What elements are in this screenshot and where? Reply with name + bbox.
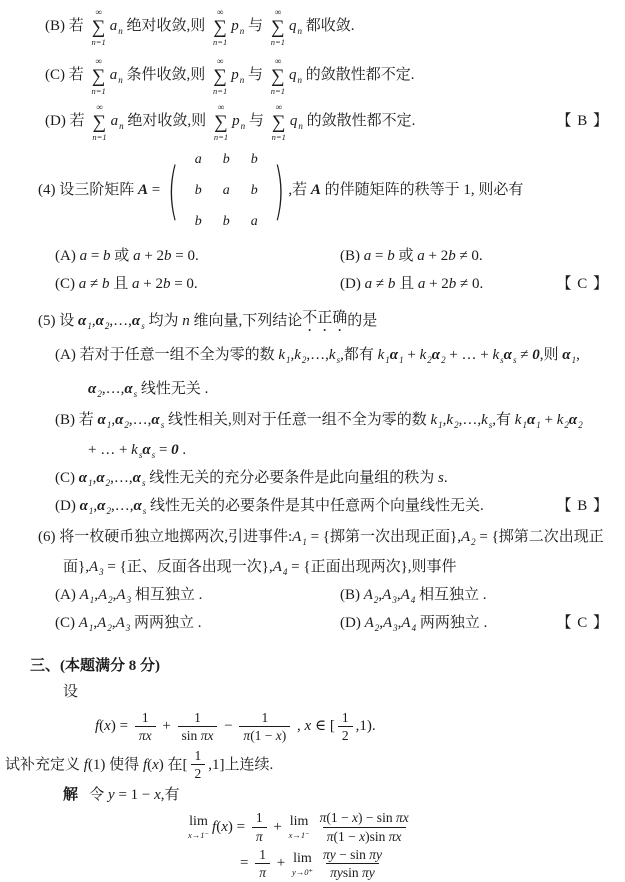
text-run: 线性无关 .: [137, 379, 208, 401]
variable-subscript: 1: [302, 536, 307, 549]
text-run: = 0.: [170, 274, 197, 296]
variable-base: A: [292, 527, 301, 549]
bold-text: 三、(本题满分 8 分): [30, 656, 160, 678]
variable-base: a: [111, 111, 119, 133]
math-variable: b: [388, 274, 396, 296]
variable-subscript: 1: [438, 419, 443, 432]
math-variable: πy: [330, 865, 343, 880]
variable-base: q: [289, 65, 297, 87]
summation-lower-limit: n=1: [271, 87, 285, 96]
variable-subscript: n: [118, 74, 123, 87]
limit-word: lim: [293, 852, 312, 866]
page-content: (B) 若 ∞∑n=1an 绝对收敛,则 ∞∑n=1pn 与 ∞∑n=1qn 都…: [0, 8, 625, 881]
limit-subscript: x→1⁻: [188, 831, 209, 840]
variable-base: A: [383, 613, 392, 635]
variable-subscript: n: [119, 120, 124, 133]
text-run: (B) 若: [45, 16, 88, 38]
text-run: ): [282, 728, 287, 743]
option-c-series: (C) 若 ∞∑n=1an 条件收敛,则 ∞∑n=1pn 与 ∞∑n=1qn 的…: [45, 57, 625, 96]
subscripted-variable: A1: [80, 585, 95, 607]
text-run: 与: [244, 65, 267, 87]
variable-base: a: [110, 65, 118, 87]
subscripted-variable: A4: [273, 557, 288, 579]
variable-base: p: [231, 16, 239, 38]
answer-box: 【 C 】: [556, 274, 609, 296]
variable-subscript: s: [513, 354, 517, 367]
text-run: − sin: [336, 847, 370, 862]
limit-word: lim: [290, 815, 309, 829]
option-group: (C) A1,A2,A3 两两独立 .: [55, 613, 340, 635]
fraction-numerator: 1: [338, 710, 353, 726]
variable-base: α: [98, 410, 106, 432]
text-run: ,…,: [306, 345, 329, 367]
text-run: (C): [55, 613, 79, 635]
subscripted-variable: A3: [116, 613, 131, 635]
variable-base: α: [80, 496, 88, 518]
text-run: 的伴随矩阵的秩等于 1, 则必有: [321, 180, 524, 202]
fraction-numerator: π(1 − x) − sin πx: [316, 810, 413, 826]
text-run: 且: [109, 274, 132, 296]
matrix-close-paren: ): [274, 162, 285, 221]
variable-subscript: 4: [411, 594, 416, 607]
question-6-stem-cont: 面},A3 = {正、反面各出现一次},A4 = {正面出现两次},则事件: [63, 557, 625, 579]
variable-subscript: 1: [87, 320, 92, 333]
subscripted-variable: α2: [97, 496, 111, 518]
text-run: (B) 若: [55, 410, 98, 432]
subscripted-variable: ks: [492, 345, 503, 367]
variable-subscript: n: [240, 25, 245, 38]
fraction-denominator: π(1 − x): [239, 726, 290, 744]
variable-subscript: n: [118, 25, 123, 38]
summation-upper-limit: ∞: [95, 8, 101, 17]
question-6-stem: (6) 将一枚硬币独立地掷两次,引进事件:A1 = {掷第一次出现正面},A2 …: [38, 527, 625, 549]
text-run: (1 −: [326, 810, 352, 825]
summation-symbol: ∞∑n=1: [272, 103, 286, 142]
sigma-icon: ∑: [214, 113, 228, 132]
subscripted-variable: qn: [290, 111, 303, 133]
variable-base: α: [562, 345, 570, 367]
text-run: +: [159, 716, 175, 738]
fraction-numerator: 1: [191, 748, 206, 764]
subscripted-variable: αs: [133, 496, 146, 518]
option-group: (D) a ≠ b 且 a + 2b ≠ 0.: [340, 274, 483, 296]
sigma-icon: ∑: [213, 67, 227, 86]
text-run: 都收敛.: [302, 16, 355, 38]
subscripted-variable: pn: [231, 65, 244, 87]
question-4-options-row-1: (A) a = b 或 a + 2b = 0.(B) a = b 或 a + 2…: [55, 246, 625, 268]
text-run: (D) 若: [45, 111, 88, 133]
fraction-denominator: π: [255, 863, 270, 881]
variable-base: p: [231, 65, 239, 87]
variable-subscript: s: [337, 354, 341, 367]
math-variable: πy: [362, 865, 375, 880]
variable-subscript: 2: [97, 388, 102, 401]
variable-subscript: n: [298, 25, 303, 38]
text-run: ,则: [540, 345, 563, 367]
subscripted-variable: αs: [151, 410, 164, 432]
limit-subscript: x→1⁻: [289, 831, 310, 840]
text-run: 均为: [145, 311, 183, 333]
text-run: (C): [55, 468, 79, 490]
fraction-denominator: 2: [191, 764, 206, 782]
variable-base: α: [78, 311, 86, 333]
variable-subscript: 2: [441, 354, 446, 367]
variable-base: k: [492, 345, 499, 367]
text-run: ) − sin: [358, 810, 396, 825]
variable-subscript: 1: [536, 419, 541, 432]
summation-lower-limit: n=1: [272, 133, 286, 142]
subscripted-variable: α1: [390, 345, 404, 367]
subscripted-variable: α1: [562, 345, 576, 367]
text-run: ∈ [: [311, 716, 335, 738]
variable-subscript: 4: [412, 622, 417, 635]
variable-base: α: [132, 311, 140, 333]
subscripted-variable: qn: [289, 16, 302, 38]
matrix-entry: a: [223, 181, 230, 201]
text-run: 且: [395, 274, 418, 296]
variable-subscript: s: [142, 477, 146, 490]
math-variable: b: [449, 274, 457, 296]
subscripted-variable: k1: [430, 410, 442, 432]
sigma-icon: ∑: [213, 18, 227, 37]
variable-base: A: [365, 613, 374, 635]
variable-base: a: [110, 16, 118, 38]
variable-subscript: 3: [99, 566, 104, 579]
text-run: + 2: [425, 246, 448, 268]
text-run: 绝对收敛,则: [123, 16, 209, 38]
math-variable: a: [79, 274, 87, 296]
variable-base: k: [131, 440, 138, 462]
variable-base: k: [557, 410, 564, 432]
fraction: 12: [191, 748, 206, 782]
matrix: (abbbabbba): [168, 148, 284, 235]
subscripted-variable: A3: [383, 613, 398, 635]
subscripted-variable: α2: [88, 379, 102, 401]
variable-subscript: 1: [522, 419, 527, 432]
text-run: 1: [261, 710, 268, 725]
subscripted-variable: k1: [278, 345, 290, 367]
math-variable: πy: [323, 847, 336, 862]
variable-base: α: [432, 345, 440, 367]
variable-base: A: [80, 585, 89, 607]
text-run: ) =: [111, 716, 132, 738]
summation-lower-limit: n=1: [214, 133, 228, 142]
variable-subscript: s: [161, 419, 165, 432]
math-variable: b: [164, 246, 172, 268]
variable-base: k: [430, 410, 437, 432]
text-run: 线性无关的充分必要条件是此向量组的秩为: [145, 468, 438, 490]
variable-base: k: [420, 345, 427, 367]
subscripted-variable: α1: [80, 496, 94, 518]
summation-symbol: ∞∑n=1: [271, 8, 285, 47]
section-3-heading: 三、(本题满分 8 分): [30, 656, 625, 678]
summation-symbol: ∞∑n=1: [92, 103, 106, 142]
subscripted-variable: α2: [569, 410, 583, 432]
text-run: [: [183, 755, 188, 777]
fraction-numerator: 1: [255, 847, 270, 863]
question-5-option-a-cont: α2,…,αs 线性无关 .: [88, 379, 625, 401]
variable-base: α: [124, 379, 132, 401]
text-run: 1: [342, 710, 349, 725]
subscripted-variable: A3: [89, 557, 104, 579]
limit-subscript: y→0⁺: [292, 868, 313, 877]
subscripted-variable: pn: [231, 16, 244, 38]
variable-base: α: [133, 468, 141, 490]
text-run: ,1]: [208, 755, 224, 777]
math-variable: x: [152, 755, 159, 777]
text-run: + 2: [140, 274, 163, 296]
subscripted-variable: A2: [98, 585, 113, 607]
math-variable: b: [163, 274, 171, 296]
option-group: (A) a = b 或 a + 2b = 0.: [55, 246, 340, 268]
variable-subscript: 1: [89, 622, 94, 635]
subscripted-variable: A2: [365, 613, 380, 635]
math-variable: x: [154, 785, 161, 807]
sigma-icon: ∑: [271, 18, 285, 37]
summation-upper-limit: ∞: [275, 57, 281, 66]
text-run: + … +: [88, 440, 131, 462]
limit-operator: limx→1⁻: [289, 815, 310, 840]
text-run: + 2: [141, 246, 164, 268]
variable-base: α: [96, 468, 104, 490]
math-variable: π: [259, 865, 266, 880]
variable-subscript: 1: [385, 354, 390, 367]
text-run: ) 在: [159, 755, 183, 777]
variable-base: k: [481, 410, 488, 432]
option-group: (A) A1,A2,A3 相互独立 .: [55, 585, 340, 607]
text-run: (A) 若对于任意一组不全为零的数: [55, 345, 278, 367]
text-run: 上连续.: [225, 755, 274, 777]
text-run: ,…,: [129, 410, 152, 432]
subscripted-variable: ks: [329, 345, 340, 367]
variable-subscript: s: [134, 388, 138, 401]
text-run: (1 −: [250, 728, 276, 743]
fraction-numerator: 1: [138, 710, 153, 726]
option-group: (B) a = b 或 a + 2b ≠ 0.: [340, 246, 483, 268]
math-variable: a: [364, 246, 372, 268]
question-6-options-row-2: (C) A1,A2,A3 两两独立 .(D) A2,A3,A4 两两独立 .【 …: [55, 613, 625, 635]
math-variable: π: [256, 829, 263, 844]
variable-base: A: [461, 527, 470, 549]
math-variable: π: [327, 829, 334, 844]
text-run: (D): [340, 274, 365, 296]
subscripted-variable: k2: [446, 410, 458, 432]
text-run: 的敛散性都不定.: [302, 65, 415, 87]
document-page: (B) 若 ∞∑n=1an 绝对收敛,则 ∞∑n=1pn 与 ∞∑n=1qn 都…: [0, 0, 625, 882]
subscripted-variable: an: [111, 111, 124, 133]
subscripted-variable: A4: [401, 585, 416, 607]
section-3-task: 试补充定义 f(1) 使得 f(x) 在[12,1]上连续.: [5, 748, 625, 782]
subscripted-variable: α1: [79, 468, 93, 490]
question-5-option-a: (A) 若对于任意一组不全为零的数 k1,k2,…,ks,都有 k1α1 + k…: [55, 345, 625, 367]
summation-upper-limit: ∞: [275, 8, 281, 17]
text-run: 与: [244, 16, 267, 38]
fraction-numerator: 1: [252, 810, 267, 826]
variable-base: k: [515, 410, 522, 432]
text-run: =: [148, 180, 164, 202]
variable-base: k: [278, 345, 285, 367]
text-run: =: [155, 440, 171, 462]
text-run: +: [270, 817, 286, 839]
fraction-denominator: πysin πy: [326, 863, 379, 881]
limit-operator: limy→0⁺: [292, 852, 313, 877]
subscripted-variable: αs: [132, 311, 145, 333]
variable-subscript: 2: [471, 536, 476, 549]
answer-box: 【 C 】: [556, 613, 609, 635]
subscripted-variable: k2: [420, 345, 432, 367]
bold-text: 解: [63, 785, 78, 807]
question-5-option-c: (C) α1,α2,…,αs 线性无关的充分必要条件是此向量组的秩为 s.: [55, 468, 625, 490]
variable-base: α: [79, 468, 87, 490]
variable-base: α: [142, 440, 150, 462]
math-variable: a: [418, 274, 426, 296]
variable-subscript: 1: [90, 594, 95, 607]
variable-base: A: [401, 613, 410, 635]
summation-symbol: ∞∑n=1: [271, 57, 285, 96]
text-run: 相互独立 .: [131, 585, 202, 607]
math-bold-variable: 0: [532, 345, 540, 367]
option-b-series: (B) 若 ∞∑n=1an 绝对收敛,则 ∞∑n=1pn 与 ∞∑n=1qn 都…: [45, 8, 625, 47]
subscripted-variable: A4: [401, 613, 416, 635]
solution-limit-step-2: = 1π + limy→0⁺πy − sin πyπysin πy: [240, 847, 625, 881]
text-run: −: [220, 716, 236, 738]
summation-symbol: ∞∑n=1: [92, 57, 106, 96]
subscripted-variable: k2: [557, 410, 569, 432]
sigma-icon: ∑: [271, 67, 285, 86]
subscripted-variable: k1: [515, 410, 527, 432]
subscripted-variable: k1: [378, 345, 390, 367]
fraction: 12: [338, 710, 353, 744]
variable-subscript: 2: [578, 419, 583, 432]
text-run: ,有: [492, 410, 515, 432]
text-run: + … +: [446, 345, 493, 367]
variable-base: p: [232, 111, 240, 133]
variable-base: A: [116, 585, 125, 607]
variable-base: α: [151, 410, 159, 432]
text-run: =: [371, 246, 387, 268]
subscripted-variable: α1: [527, 410, 541, 432]
variable-subscript: 2: [454, 419, 459, 432]
fraction: 1π(1 − x): [239, 710, 290, 744]
text-run: 的是: [347, 311, 377, 333]
question-6-options-row-1: (A) A1,A2,A3 相互独立 .(B) A2,A3,A4 相互独立 .: [55, 585, 625, 607]
subscripted-variable: α1: [98, 410, 112, 432]
fraction-numerator: πy − sin πy: [319, 847, 386, 863]
variable-base: α: [97, 496, 105, 518]
math-bold-variable: A: [311, 180, 321, 202]
variable-subscript: 1: [286, 354, 291, 367]
variable-subscript: 2: [302, 354, 307, 367]
variable-base: α: [569, 410, 577, 432]
math-variable: a: [133, 246, 141, 268]
variable-subscript: s: [489, 419, 493, 432]
summation-upper-limit: ∞: [95, 57, 101, 66]
matrix-entry: b: [223, 212, 230, 232]
math-variable: b: [102, 274, 110, 296]
math-variable: b: [448, 246, 456, 268]
text-run: 1: [256, 810, 263, 825]
text-run: 1: [142, 710, 149, 725]
subscripted-variable: pn: [232, 111, 245, 133]
variable-base: A: [401, 585, 410, 607]
variable-subscript: 3: [393, 622, 398, 635]
option-d-series: (D) 若 ∞∑n=1an 绝对收敛,则 ∞∑n=1pn 与 ∞∑n=1qn 的…: [45, 103, 625, 142]
sigma-icon: ∑: [92, 67, 106, 86]
text-run: 条件收敛,则: [123, 65, 209, 87]
summation-symbol: ∞∑n=1: [92, 8, 106, 47]
variable-base: A: [382, 585, 391, 607]
text-run: (A): [55, 246, 80, 268]
variable-base: α: [115, 410, 123, 432]
summation-symbol: ∞∑n=1: [214, 103, 228, 142]
solution-setup: 解 令 y = 1 − x,有: [63, 785, 625, 807]
text-run: +: [273, 853, 289, 875]
text-run: 试补充定义: [5, 755, 84, 777]
text-run: ) =: [228, 817, 249, 839]
fraction: 1π: [255, 847, 270, 881]
summation-symbol: ∞∑n=1: [213, 57, 227, 96]
variable-base: α: [504, 345, 512, 367]
variable-subscript: s: [139, 449, 143, 462]
text-run: (4) 设三阶矩阵: [38, 180, 138, 202]
variable-subscript: 2: [107, 622, 112, 635]
text-run: ,都有: [340, 345, 378, 367]
subscripted-variable: αs: [124, 379, 137, 401]
variable-subscript: s: [500, 354, 504, 367]
summation-upper-limit: ∞: [276, 103, 282, 112]
math-variable: πx: [201, 728, 214, 743]
subscripted-variable: ks: [481, 410, 492, 432]
variable-subscript: 1: [107, 419, 112, 432]
fraction: πy − sin πyπysin πy: [319, 847, 386, 881]
text-run: ,1).: [356, 716, 376, 738]
subscripted-variable: ks: [131, 440, 142, 462]
variable-base: k: [329, 345, 336, 367]
emphasized-text: 不正确: [302, 308, 347, 335]
summation-symbol: ∞∑n=1: [213, 8, 227, 47]
subscripted-variable: αs: [133, 468, 146, 490]
subscripted-variable: qn: [289, 65, 302, 87]
text-run: (C) 若: [45, 65, 88, 87]
text-run: ,: [293, 716, 304, 738]
variable-subscript: 2: [106, 505, 111, 518]
fraction: 1π: [252, 810, 267, 844]
math-variable: x: [305, 716, 312, 738]
text-run: (D): [340, 613, 365, 635]
fraction-denominator: π: [252, 827, 267, 845]
variable-subscript: 2: [108, 594, 113, 607]
matrix-entry: b: [223, 150, 230, 170]
text-run: 维向量,下列结论: [190, 311, 303, 333]
math-variable: πx: [389, 829, 402, 844]
math-variable: y: [108, 785, 115, 807]
text-run: ,…,: [109, 311, 132, 333]
variable-base: k: [446, 410, 453, 432]
text-run: 1: [259, 847, 266, 862]
text-run: 1: [194, 710, 201, 725]
text-run: = {掷第二次出现正: [476, 527, 604, 549]
text-run: +: [541, 410, 557, 432]
text-run: 1: [195, 748, 202, 763]
matrix-entry: b: [251, 181, 258, 201]
text-run: 2: [342, 728, 349, 743]
subscripted-variable: A3: [382, 585, 397, 607]
math-variable: πy: [369, 847, 382, 862]
variable-subscript: 1: [88, 477, 93, 490]
fraction: 1πx: [135, 710, 156, 744]
subscripted-variable: α2: [432, 345, 446, 367]
variable-subscript: s: [152, 449, 156, 462]
